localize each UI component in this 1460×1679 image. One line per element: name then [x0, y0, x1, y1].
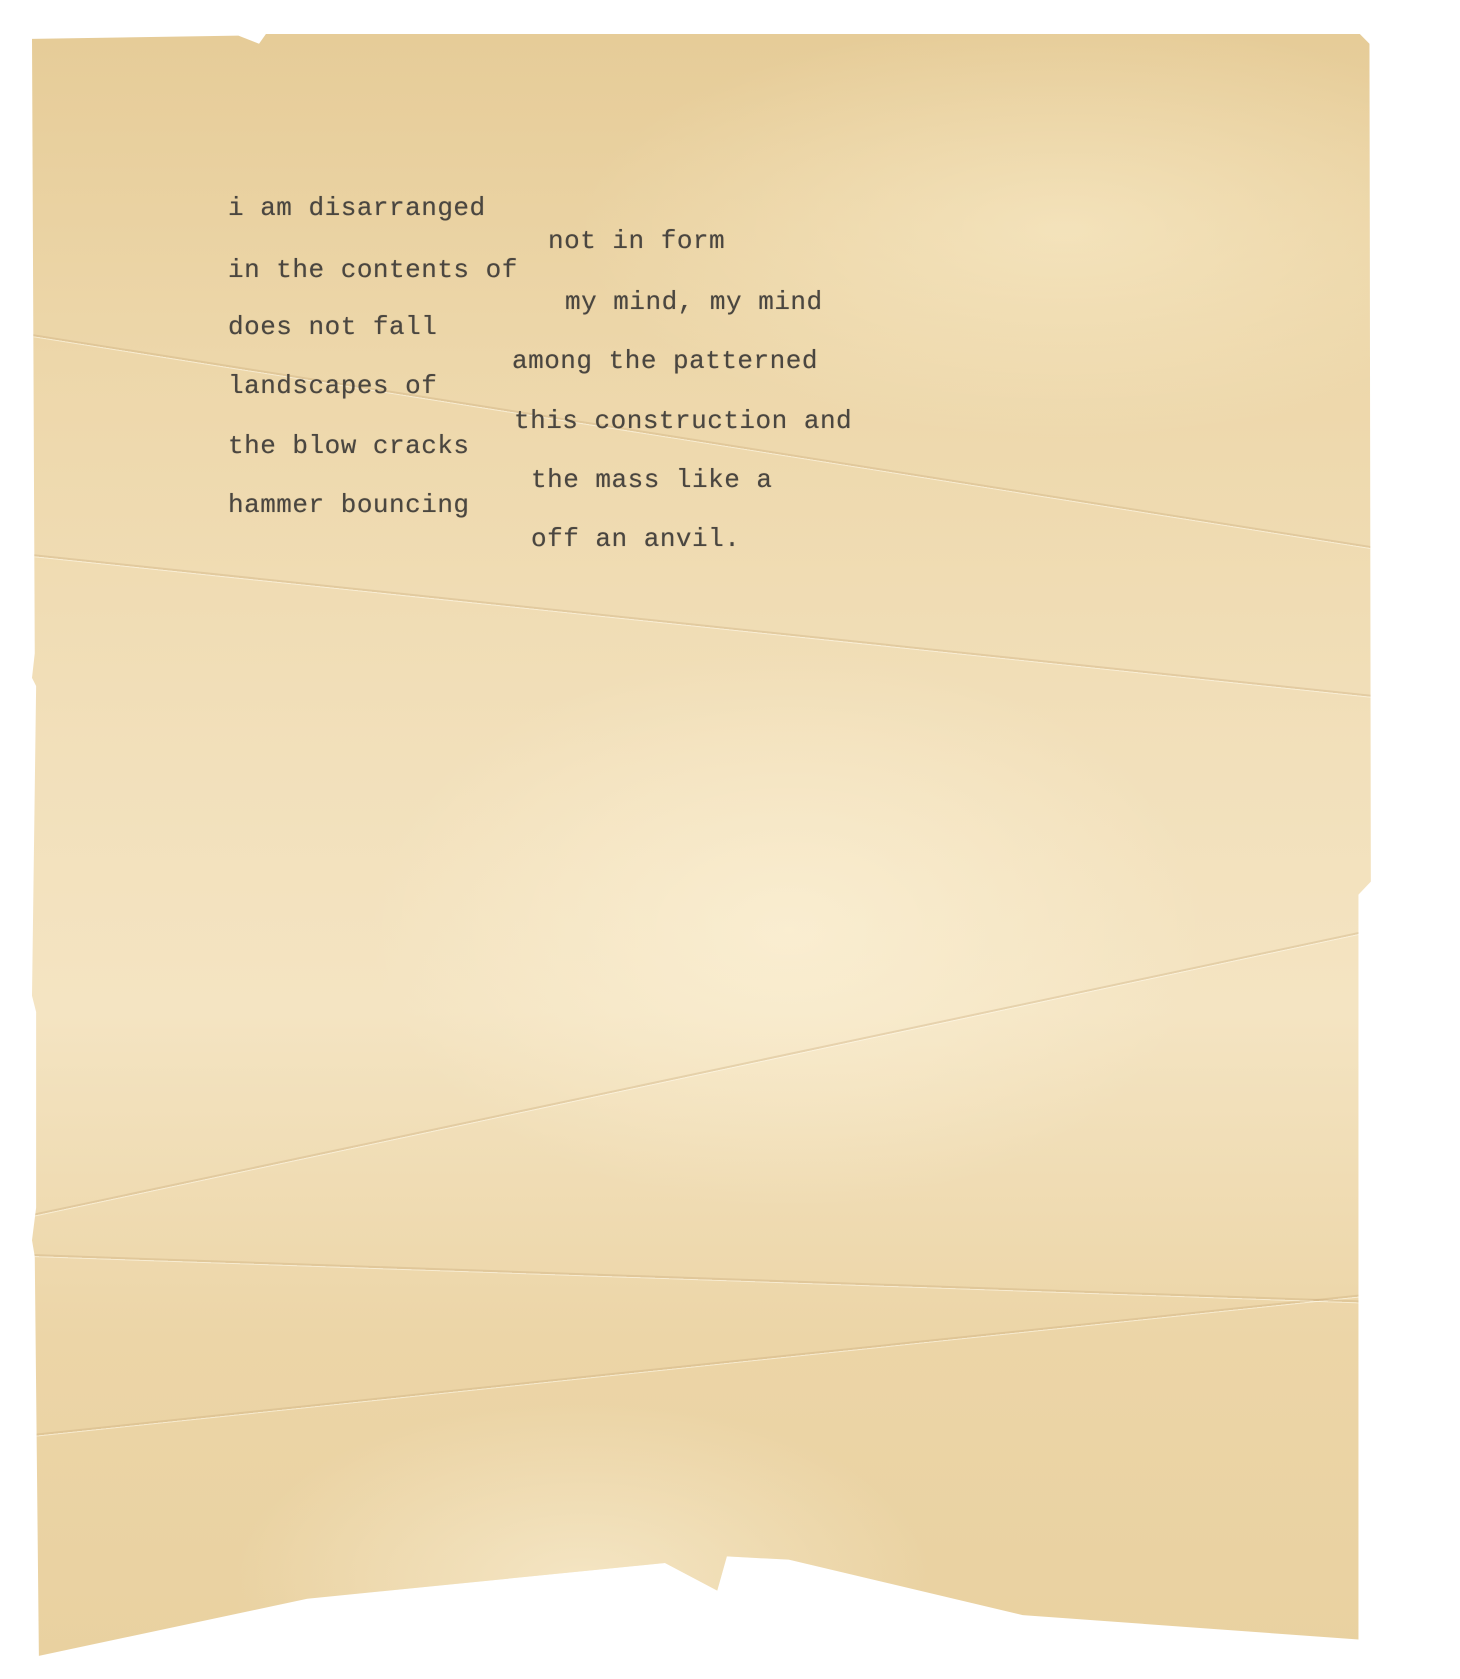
poem-line: in the contents of	[228, 255, 518, 285]
poem-line: hammer bouncing	[228, 490, 470, 520]
poem-line: my mind, my mind	[565, 287, 823, 317]
poem-line: this construction and	[514, 406, 852, 436]
poem-line: i am disarranged	[228, 193, 486, 223]
poem-line: does not fall	[228, 312, 437, 342]
poem-line: the blow cracks	[228, 431, 470, 461]
poem-line: off an anvil.	[531, 524, 740, 554]
poem-line: not in form	[548, 226, 725, 256]
poem-line: among the patterned	[512, 346, 818, 376]
poem-line: the mass like a	[531, 465, 773, 495]
typewritten-poem: i am disarranged not in form in the cont…	[0, 0, 1460, 1679]
poem-line: landscapes of	[228, 371, 437, 401]
